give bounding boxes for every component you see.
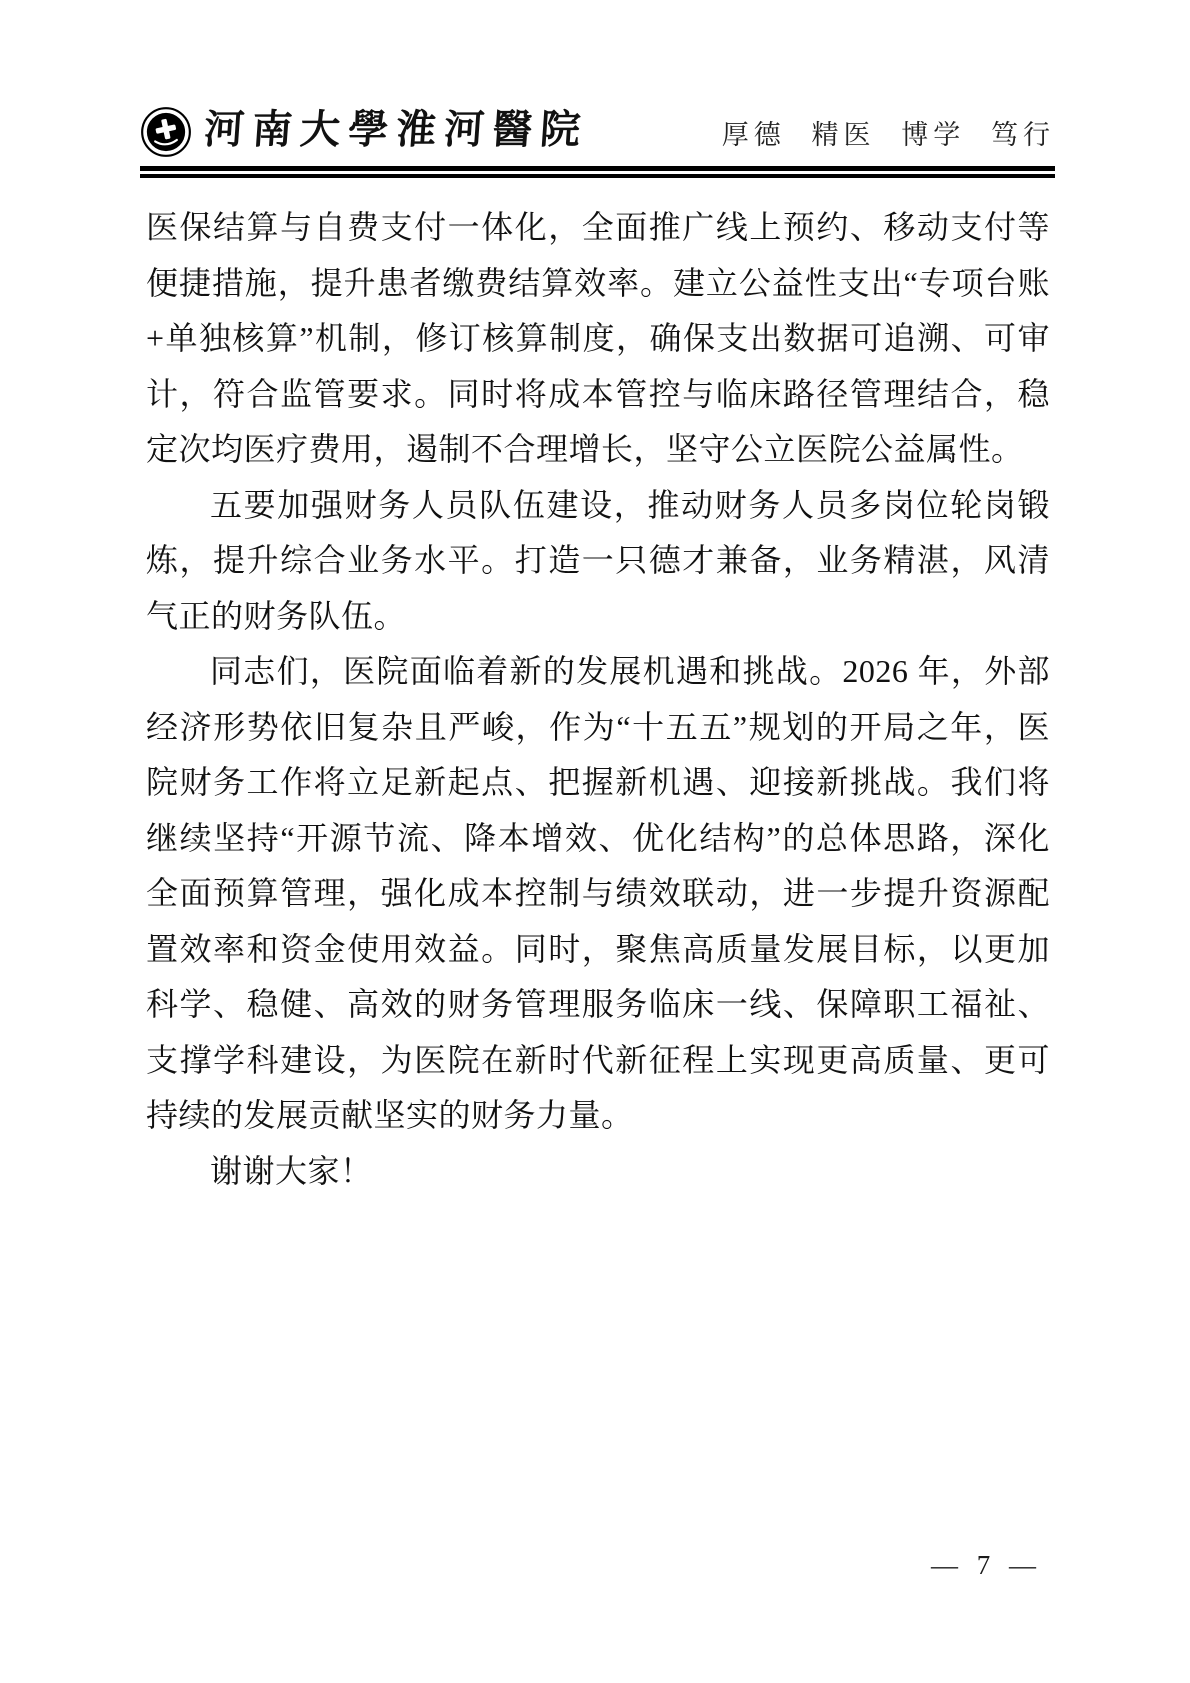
- header-divider: [140, 166, 1055, 178]
- document-page: 河南大學淮河醫院 厚德 精医 博学 笃行 医保结算与自费支付一体化，全面推广线上…: [0, 0, 1190, 1683]
- hospital-brand: 河南大學淮河醫院: [140, 106, 588, 158]
- page-header: 河南大學淮河醫院 厚德 精医 博学 笃行: [140, 106, 1055, 178]
- hospital-name: 河南大學淮河醫院: [202, 110, 589, 154]
- paragraph: 医保结算与自费支付一体化，全面推广线上预约、移动支付等便捷措施，提升患者缴费结算…: [146, 200, 1050, 478]
- header-row: 河南大學淮河醫院 厚德 精医 博学 笃行: [140, 106, 1055, 158]
- paragraph: 五要加强财务人员队伍建设，推动财务人员多岗位轮岗锻炼，提升综合业务水平。打造一只…: [146, 478, 1050, 645]
- document-body: 医保结算与自费支付一体化，全面推广线上预约、移动支付等便捷措施，提升患者缴费结算…: [146, 200, 1050, 1199]
- page-number: — 7 —: [931, 1550, 1042, 1581]
- paragraph: 谢谢大家！: [146, 1144, 1050, 1200]
- paragraph: 同志们，医院面临着新的发展机遇和挑战。2026 年，外部经济形势依旧复杂且严峻，…: [146, 644, 1050, 1144]
- hospital-motto: 厚德 精医 博学 笃行: [722, 113, 1055, 158]
- hospital-logo-icon: [140, 106, 192, 158]
